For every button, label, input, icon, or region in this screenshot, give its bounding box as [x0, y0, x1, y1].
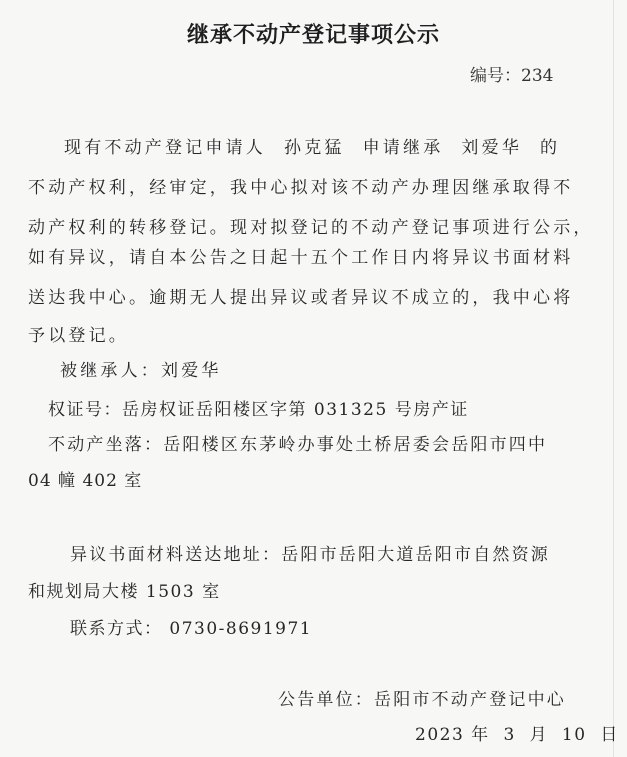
- document-number: 编号：234: [470, 61, 553, 86]
- objection-address-line-2: 和规划局大楼 1503 室: [28, 577, 221, 602]
- issue-date: 2023 年 3 月 10 日: [415, 720, 619, 745]
- issuer-line: 公告单位：岳阳市不动产登记中心: [278, 685, 566, 710]
- decedent-name: 刘爱华: [461, 138, 522, 158]
- body-line-1-mid: 申请继承: [363, 138, 444, 158]
- objection-address-line-1: 异议书面材料送达地址：岳阳市岳阳大道岳阳市自然资源: [70, 540, 550, 565]
- location-line-1: 不动产坐落：岳阳楼区东茅岭办事处土桥居委会岳阳市四中: [48, 430, 547, 455]
- certificate-line: 权证号：岳房权证岳阳楼区字第 031325 号房产证: [48, 395, 469, 420]
- location-line-2: 04 幢 402 室: [28, 466, 142, 491]
- body-line-4: 如有异议，请自本公告之日起十五个工作日内将异议书面材料: [28, 243, 573, 268]
- body-line-1: 现有不动产登记申请人孙克猛申请继承刘爱华的: [64, 133, 560, 158]
- body-line-2: 不动产权利，经审定，我中心拟对该不动产办理因继承取得不: [28, 173, 573, 198]
- body-line-1-prefix: 现有不动产登记申请人: [64, 138, 266, 158]
- decedent-line: 被继承人：刘爱华: [60, 356, 222, 381]
- body-line-3: 动产权利的转移登记。现对拟登记的不动产登记事项进行公示，: [28, 213, 594, 238]
- contact-line: 联系方式： 0730-8691971: [70, 614, 312, 639]
- document-title: 继承不动产登记事项公示: [0, 18, 627, 49]
- body-line-5: 送达我中心。逾期无人提出异议或者异议不成立的，我中心将: [28, 283, 573, 308]
- body-line-1-suffix: 的: [540, 138, 560, 158]
- scan-edge-line: [613, 0, 614, 757]
- body-line-6: 予以登记。: [28, 321, 129, 346]
- applicant-name: 孙克猛: [284, 138, 345, 158]
